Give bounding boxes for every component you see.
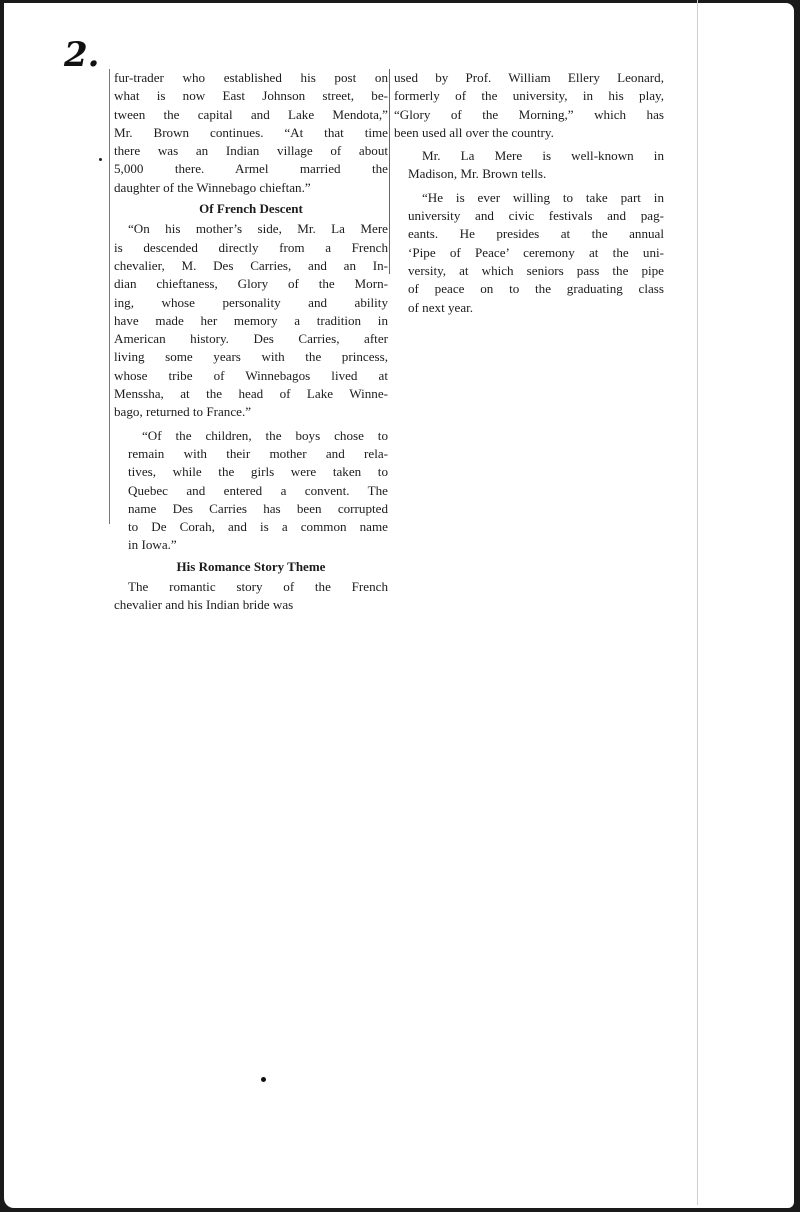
paragraph: The romantic story of the Frenchchevalie… — [114, 578, 388, 615]
text-line: to De Corah, and is a common name — [114, 518, 388, 536]
text-line: Madison, Mr. Brown tells. — [394, 165, 664, 183]
text-line: “On his mother’s side, Mr. La Mere — [114, 220, 388, 238]
text-line: been used all over the country. — [394, 124, 664, 142]
text-line: of next year. — [394, 299, 664, 317]
text-line: tween the capital and Lake Mendota,” — [114, 106, 388, 124]
paragraph: used by Prof. William Ellery Leonard,for… — [394, 69, 664, 142]
text-line: name Des Carries has been corrupted — [114, 500, 388, 518]
text-line: in Iowa.” — [114, 536, 388, 554]
text-line: used by Prof. William Ellery Leonard, — [394, 69, 664, 87]
scan-speck — [99, 158, 102, 161]
text-line: bago, returned to France.” — [114, 403, 388, 421]
text-line: living some years with the princess, — [114, 348, 388, 366]
article-column-1: fur-trader who established his post onwh… — [109, 69, 388, 524]
text-line: “He is ever willing to take part in — [394, 189, 664, 207]
subheading-french-descent: Of French Descent — [114, 200, 388, 218]
paragraph: “Of the children, the boys chose toremai… — [114, 427, 388, 555]
text-line: eants. He presides at the annual — [394, 225, 664, 243]
text-line: have made her memory a tradition in — [114, 312, 388, 330]
text-line: Menssha, at the head of Lake Winne- — [114, 385, 388, 403]
text-line: versity, at which seniors pass the pipe — [394, 262, 664, 280]
paragraph: Mr. La Mere is well-known inMadison, Mr.… — [394, 147, 664, 184]
scan-speck — [261, 1077, 266, 1082]
subheading-romance-story: His Romance Story Theme — [114, 558, 388, 576]
article-column-2: used by Prof. William Ellery Leonard,for… — [389, 69, 664, 274]
text-line: of peace on to the graduating class — [394, 280, 664, 298]
text-line: ing, whose personality and ability — [114, 294, 388, 312]
paragraph: fur-trader who established his post onwh… — [114, 69, 388, 197]
text-line: remain with their mother and rela- — [114, 445, 388, 463]
paragraph: “He is ever willing to take part inunive… — [394, 189, 664, 317]
text-line: formerly of the university, in his play, — [394, 87, 664, 105]
text-line: ‘Pipe of Peace’ ceremony at the uni- — [394, 244, 664, 262]
handwritten-page-number: 2. — [64, 35, 100, 75]
text-line: dian chieftaness, Glory of the Morn- — [114, 275, 388, 293]
text-line: “Glory of the Morning,” which has — [394, 106, 664, 124]
scanned-page: 2. fur-trader who established his post o… — [4, 3, 794, 1208]
text-line: American history. Des Carries, after — [114, 330, 388, 348]
paragraph: “On his mother’s side, Mr. La Mereis des… — [114, 220, 388, 421]
text-line: Quebec and entered a convent. The — [114, 482, 388, 500]
text-line: Mr. Brown continues. “At that time — [114, 124, 388, 142]
text-line: The romantic story of the French — [114, 578, 388, 596]
text-line: there was an Indian village of about — [114, 142, 388, 160]
scan-fold-line — [697, 0, 698, 1205]
text-line: fur-trader who established his post on — [114, 69, 388, 87]
text-line: chevalier, M. Des Carries, and an In- — [114, 257, 388, 275]
text-line: Mr. La Mere is well-known in — [394, 147, 664, 165]
text-line: 5,000 there. Armel married the — [114, 160, 388, 178]
text-line: tives, while the girls were taken to — [114, 463, 388, 481]
text-line: is descended directly from a French — [114, 239, 388, 257]
text-line: chevalier and his Indian bride was — [114, 596, 388, 614]
text-line: university and civic festivals and pag- — [394, 207, 664, 225]
text-line: what is now East Johnson street, be- — [114, 87, 388, 105]
text-line: whose tribe of Winnebagos lived at — [114, 367, 388, 385]
text-line: daughter of the Winnebago chieftan.” — [114, 179, 388, 197]
text-line: “Of the children, the boys chose to — [114, 427, 388, 445]
